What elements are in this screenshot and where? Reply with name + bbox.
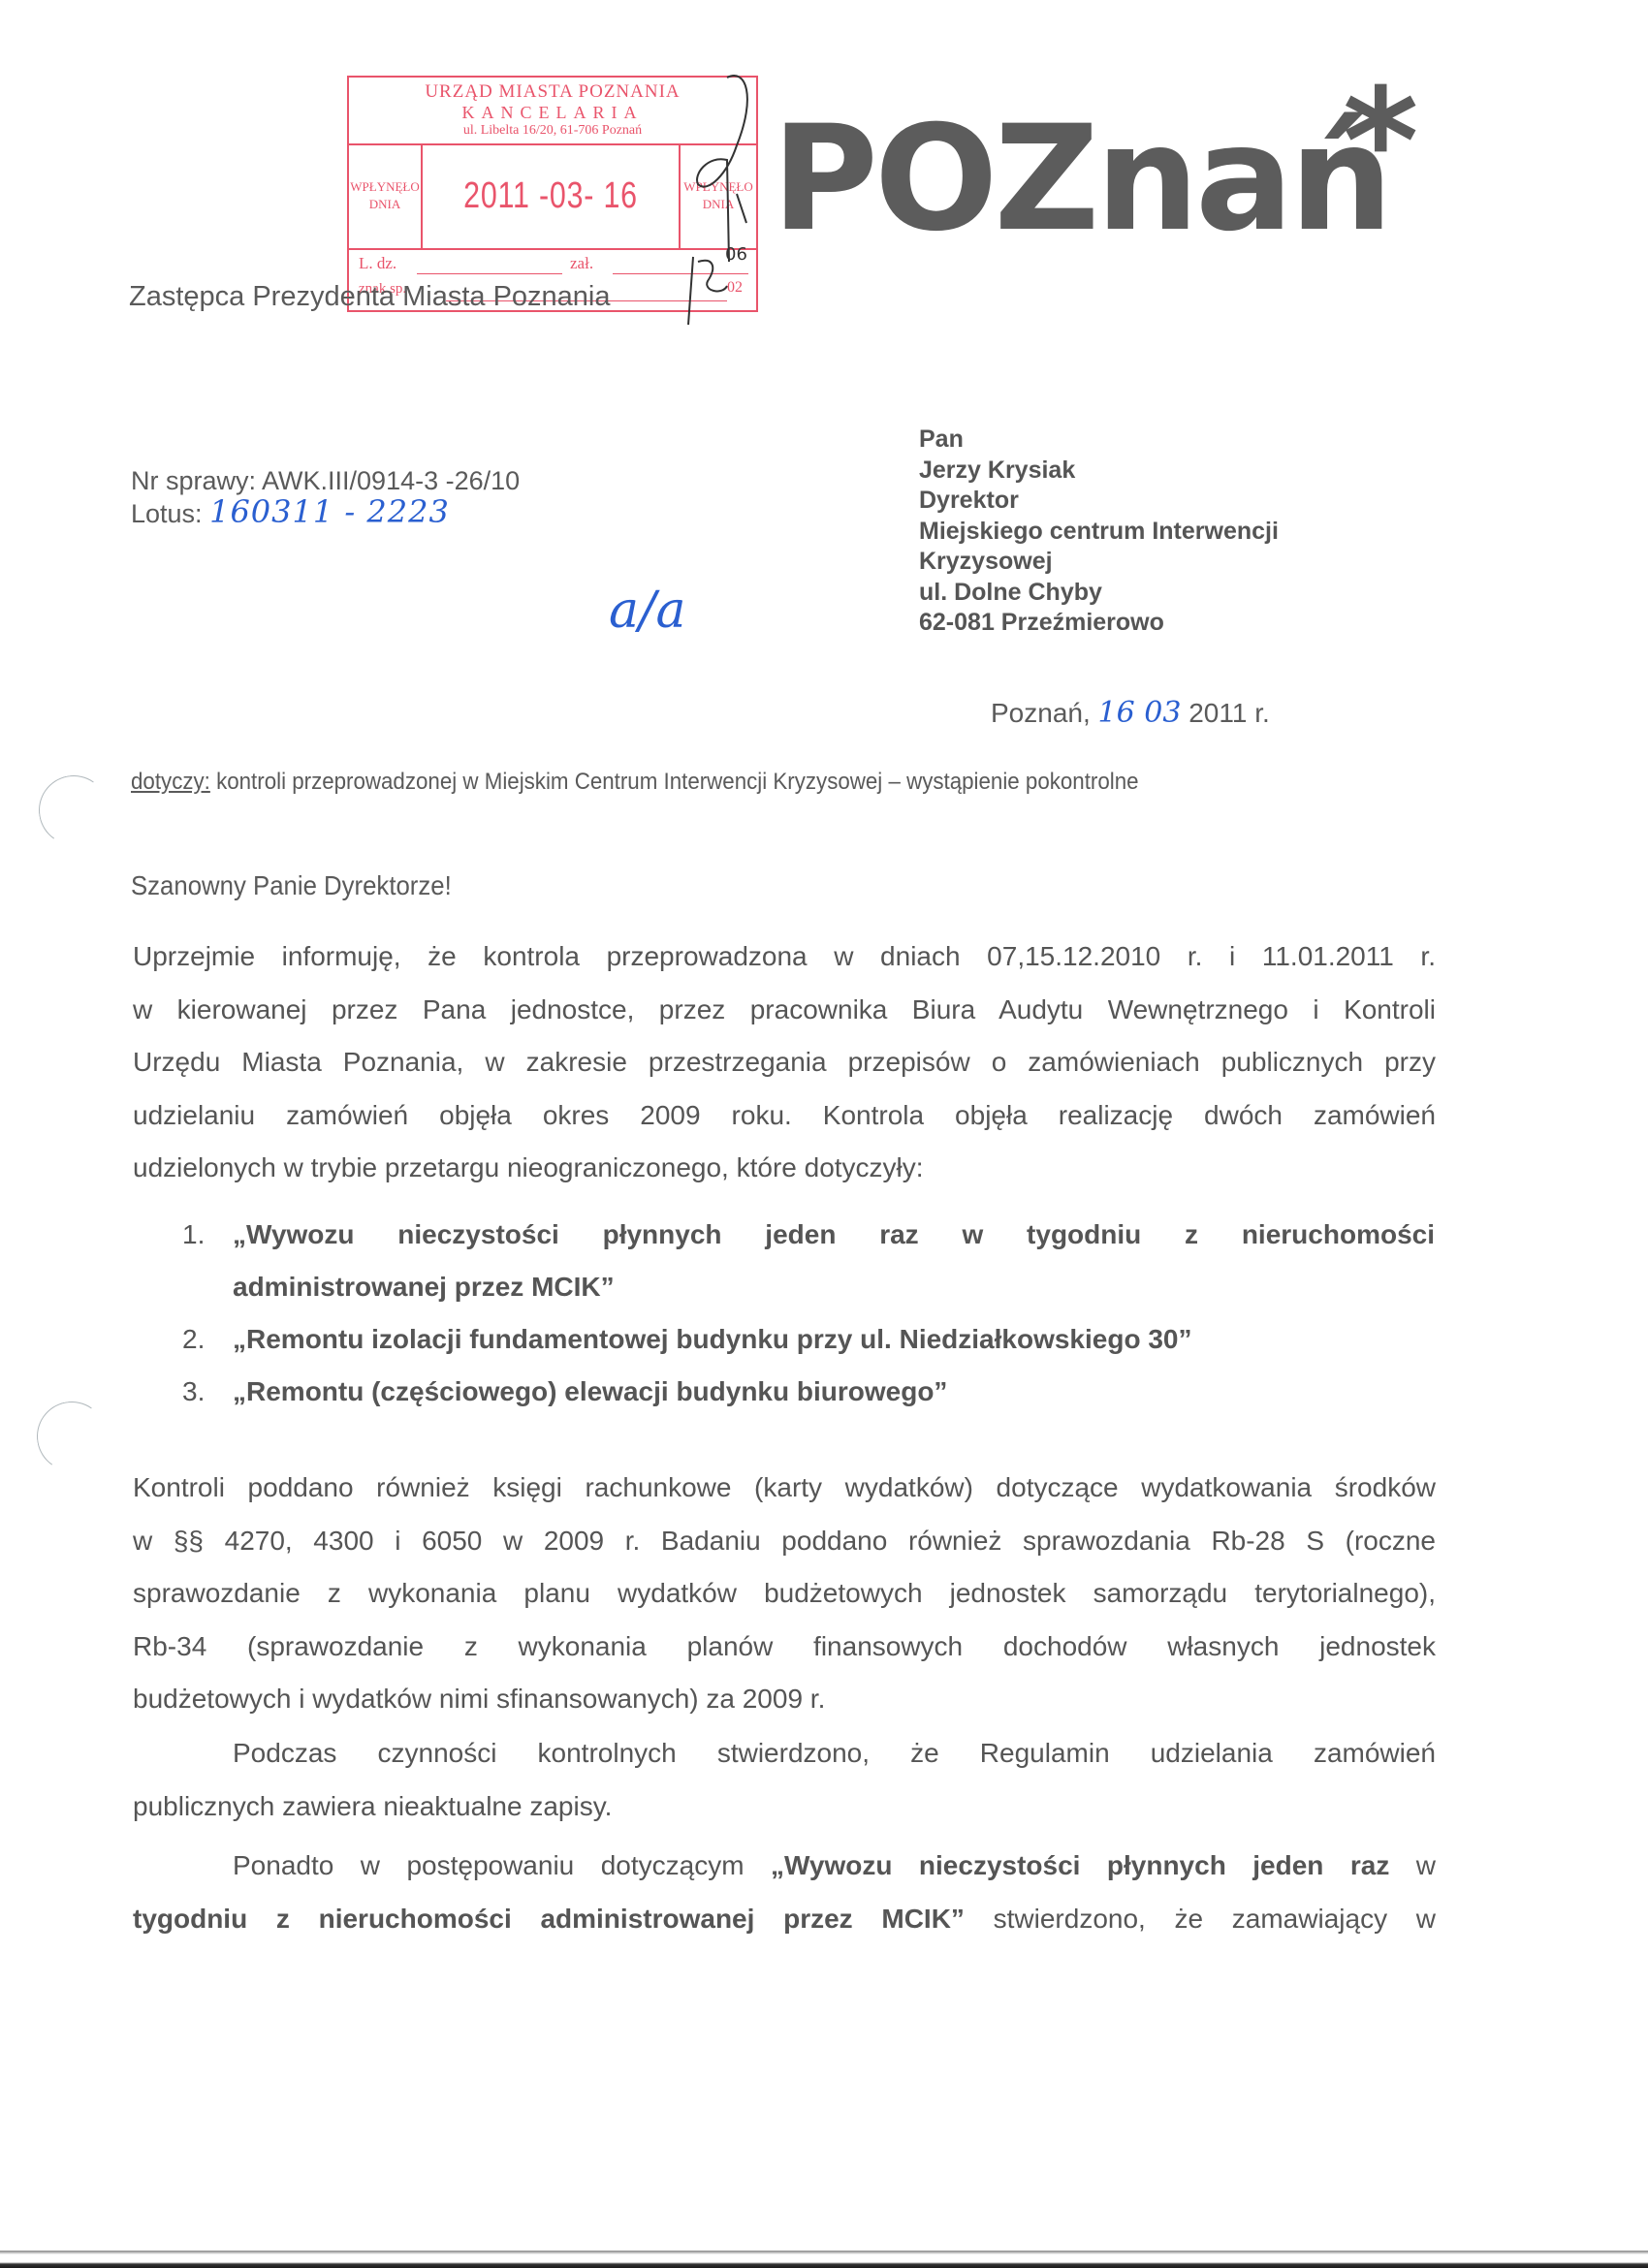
paragraph-line: sprawozdanie z wykonania planu wydatków … [133,1567,1436,1621]
paragraph-findings: Podczas czynności kontrolnych stwierdzon… [133,1727,1436,1833]
paragraph-line: Kontroli poddano również księgi rachunko… [133,1462,1436,1515]
poznan-logo-star-icon: * [1343,70,1418,215]
scan-edge [0,2251,1648,2268]
paragraph-line: Uprzejmie informuję, że kontrola przepro… [133,930,1436,984]
list-number: 3. [182,1366,205,1418]
subject-text: kontroli przeprowadzonej w Miejskim Cent… [210,769,1139,795]
place-date: Poznań, 16 03 2011 r. [991,696,1270,730]
stamp-zal-label: zał. [570,254,593,273]
lotus-label: Lotus: [131,499,203,528]
paragraph-line: tygodniu z nieruchomości administrowanej… [133,1893,1436,1946]
paragraph-line: publicznych zawiera nieaktualne zapisy. [133,1780,1436,1834]
recipient-line: Jerzy Krysiak [919,456,1279,487]
recipient-line: Dyrektor [919,486,1279,517]
greeting: Szanowny Panie Dyrektorze! [131,870,452,901]
recipient-line: Miejskiego centrum Interwencji [919,517,1279,548]
sender-title: Zastępca Prezydenta Miasta Poznania [129,281,611,313]
poznan-logo: POZnań [772,107,1389,252]
list-item-line: administrowanej przez MCIK” [233,1261,1435,1313]
list-item: 2. „Remontu izolacji fundamentowej budyn… [182,1313,1435,1366]
paragraph-intro: Uprzejmie informuję, że kontrola przepro… [133,930,1436,1195]
punch-hole-mark [31,1396,111,1476]
list-number: 2. [182,1313,205,1366]
paragraph-additional: Ponadto w postępowaniu dotyczącym „Wywoz… [133,1840,1436,1945]
recipient-line: ul. Dolne Chyby [919,578,1279,609]
paragraph-records: Kontroli poddano również księgi rachunko… [133,1462,1436,1726]
paragraph-line: Urzędu Miasta Poznania, w zakresie przes… [133,1036,1436,1089]
stamp-ldz-label: L. dz. [359,254,396,273]
handwritten-date: 16 03 [1098,696,1182,730]
punch-hole-mark [33,770,113,850]
recipient-line: 62-081 Przeźmierowo [919,608,1279,639]
stamp-date: 2011 -03- 16 [448,143,652,248]
paragraph-line: Ponadto w postępowaniu dotyczącym „Wywoz… [133,1840,1436,1893]
paragraph-line: udzielaniu zamówień objęła okres 2009 ro… [133,1089,1436,1143]
subject-label: dotyczy: [131,769,210,795]
list-item-line: „Wywozu nieczystości płynnych jeden raz … [233,1209,1435,1261]
paragraph-line: Rb-34 (sprawozdanie z wykonania planów f… [133,1621,1436,1674]
case-number-label: Nr sprawy: [131,466,256,495]
place: Poznań, [991,698,1091,728]
list-number: 1. [182,1209,205,1261]
paragraph-line: Podczas czynności kontrolnych stwierdzon… [133,1727,1436,1780]
list-item-line: „Remontu (częściowego) elewacji budynku … [233,1366,1435,1418]
case-number-value: AWK.III/0914-3 -26/10 [262,466,520,495]
paragraph-line: w kierowanej przez Pana jednostce, przez… [133,984,1436,1037]
recipient-line: Pan [919,425,1279,456]
handwritten-note: a/a [609,582,686,640]
list-item-line: „Remontu izolacji fundamentowej budynku … [233,1313,1435,1366]
lotus-row: Lotus: 160311 - 2223 [131,496,520,529]
stamp-received-label-left: WPŁYNĘŁO DNIA [349,143,423,248]
year: 2011 r. [1188,698,1270,728]
subject-line: dotyczy: kontroli przeprowadzonej w Miej… [131,769,1139,796]
case-number-row: Nr sprawy: AWK.III/0914-3 -26/10 [131,465,520,496]
case-info: Nr sprawy: AWK.III/0914-3 -26/10 Lotus: … [131,465,520,529]
paragraph-line: w §§ 4270, 4300 i 6050 w 2009 r. Badaniu… [133,1515,1436,1568]
recipient-address: Pan Jerzy Krysiak Dyrektor Miejskiego ce… [919,425,1279,639]
handwritten-06: 06 [725,244,747,265]
handwritten-initial-icon: 06 [669,68,776,330]
contracts-list: 1. „Wywozu nieczystości płynnych jeden r… [182,1209,1435,1418]
lotus-handwritten-value: 160311 - 2223 [209,493,450,530]
paragraph-line: udzielonych w trybie przetargu nieograni… [133,1142,1436,1195]
recipient-line: Kryzysowej [919,547,1279,578]
paragraph-line: budżetowych i wydatków nimi sfinansowany… [133,1673,1436,1726]
stamp-ldz-line [417,273,562,274]
list-item: 1. „Wywozu nieczystości płynnych jeden r… [182,1209,1435,1313]
list-item: 3. „Remontu (częściowego) elewacji budyn… [182,1366,1435,1418]
